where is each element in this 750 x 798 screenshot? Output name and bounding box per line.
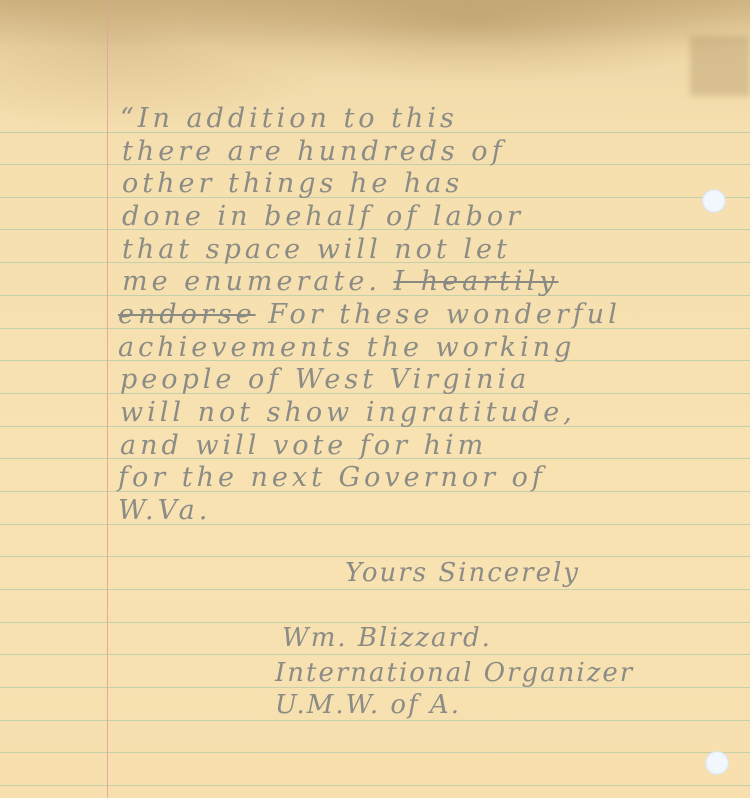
signature-title: International Organizer bbox=[275, 660, 634, 686]
letter-text: me enumerate. bbox=[122, 266, 381, 297]
letter-line: there are hundreds of bbox=[122, 138, 506, 165]
letter-line: achievements the working bbox=[118, 334, 575, 361]
signature-organization: U.M.W. of A. bbox=[275, 692, 461, 718]
closing-salutation: Yours Sincerely bbox=[345, 560, 580, 586]
ruled-line bbox=[0, 720, 750, 721]
letter-line-with-strike: me enumerate. I heartily bbox=[122, 268, 559, 295]
letter-line: done in behalf of labor bbox=[122, 203, 524, 230]
letter-text: For these wonderful bbox=[268, 299, 621, 330]
letter-line: people of West Virginia bbox=[120, 366, 530, 393]
letter-line: other things he has bbox=[122, 170, 463, 197]
ruled-line bbox=[0, 752, 750, 753]
punch-hole bbox=[702, 189, 726, 213]
struck-out-text: I heartily bbox=[394, 266, 559, 297]
ruled-line bbox=[0, 556, 750, 557]
letter-line: will not show ingratitude, bbox=[120, 399, 576, 426]
punch-hole bbox=[705, 751, 729, 775]
ruled-line bbox=[0, 654, 750, 655]
paper-stain-corner bbox=[690, 36, 750, 96]
ruled-line bbox=[0, 589, 750, 590]
struck-out-text: endorse bbox=[118, 299, 256, 330]
ruled-line bbox=[0, 785, 750, 786]
signature-name: Wm. Blizzard. bbox=[282, 625, 492, 651]
letter-line-with-strike: endorse For these wonderful bbox=[118, 301, 621, 328]
letter-line: and will vote for him bbox=[120, 432, 487, 459]
ruled-line bbox=[0, 524, 750, 525]
paper-stain-top bbox=[0, 0, 750, 48]
letter-line: that space will not let bbox=[122, 236, 511, 263]
letter-page: “In addition to this there are hundreds … bbox=[0, 0, 750, 798]
letter-line: for the next Governor of bbox=[118, 464, 546, 491]
letter-line: “In addition to this bbox=[120, 105, 458, 132]
letter-line: W.Va. bbox=[118, 497, 211, 524]
margin-line bbox=[107, 0, 108, 798]
